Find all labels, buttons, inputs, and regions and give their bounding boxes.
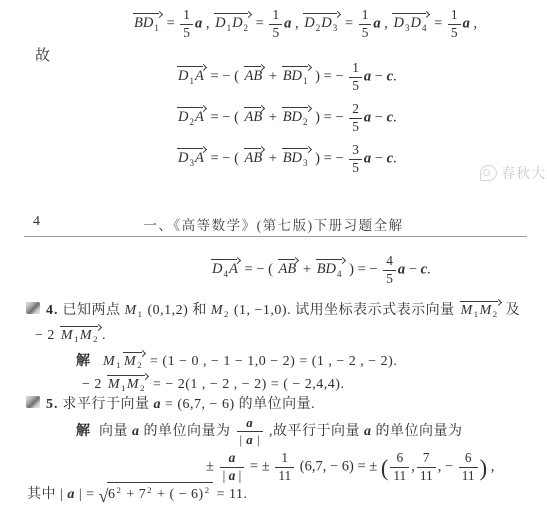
problem-5-solution-line: 解 向量 a 的单位向量为 a| a | ,故平行于向量 a 的单位向量为 bbox=[76, 416, 463, 448]
problem-5-row: 5. 求平行于向量 a = (6,7, − 6) 的单位向量. bbox=[26, 393, 315, 413]
problem-4-row: 4. 已知两点 M1 (0,1,2) 和 M2 (1, −1,0). 试用坐标表… bbox=[26, 299, 520, 319]
equation-d1a: D1A = − ( AB + BD1 ) = − 15a − c. bbox=[176, 61, 397, 94]
header-rule bbox=[24, 236, 527, 237]
problem-5-equation: ± a| a | = ± 111 (6,7, − 6) = ± (611,711… bbox=[206, 451, 494, 484]
watermark-logo-icon bbox=[480, 165, 497, 181]
problem-4-statement: 4. 已知两点 M1 (0,1,2) 和 M2 (1, −1,0). 试用坐标表… bbox=[46, 299, 520, 319]
problem-marker-icon bbox=[26, 302, 40, 314]
watermark-label: 春秋大道 bbox=[501, 163, 547, 183]
problem-4-solution-line-1: 解 M1M2 = (1 − 0 , − 1 − 1,0 − 2) = (1 , … bbox=[76, 350, 397, 370]
equation-d2a: D2A = − ( AB + BD2 ) = − 25a − c. bbox=[176, 102, 397, 135]
equation-d4a: D4A = − ( AB + BD4 ) = − 45a − c. bbox=[210, 254, 431, 287]
problem-marker-icon bbox=[26, 396, 40, 408]
equation-d3a: D3A = − ( AB + BD3 ) = − 35a − c. bbox=[176, 143, 397, 176]
equation-bd-series: BD1 = 15a , D1D2 = 15a , D2D3 = 15a , D3… bbox=[132, 8, 477, 41]
text-therefore: 故 bbox=[35, 44, 51, 65]
textbook-page: BD1 = 15a , D1D2 = 15a , D2D3 = 15a , D3… bbox=[0, 0, 547, 507]
problem-5-statement: 5. 求平行于向量 a = (6,7, − 6) 的单位向量. bbox=[46, 393, 315, 413]
running-head-title: 一、《高等数学》(第七版)下册习题全解 bbox=[0, 214, 547, 234]
problem-4-statement-cont: − 2 M1M2. bbox=[35, 324, 106, 344]
problem-5-magnitude-line: 其中 | a | = √62 + 72 + ( − 6)2 = 11. bbox=[27, 482, 247, 504]
problem-4-solution-line-2: − 2 M1M2 = − 2(1 , − 2 , − 2) = ( − 2,4,… bbox=[82, 373, 344, 393]
watermark: 春秋大道 bbox=[480, 163, 547, 183]
